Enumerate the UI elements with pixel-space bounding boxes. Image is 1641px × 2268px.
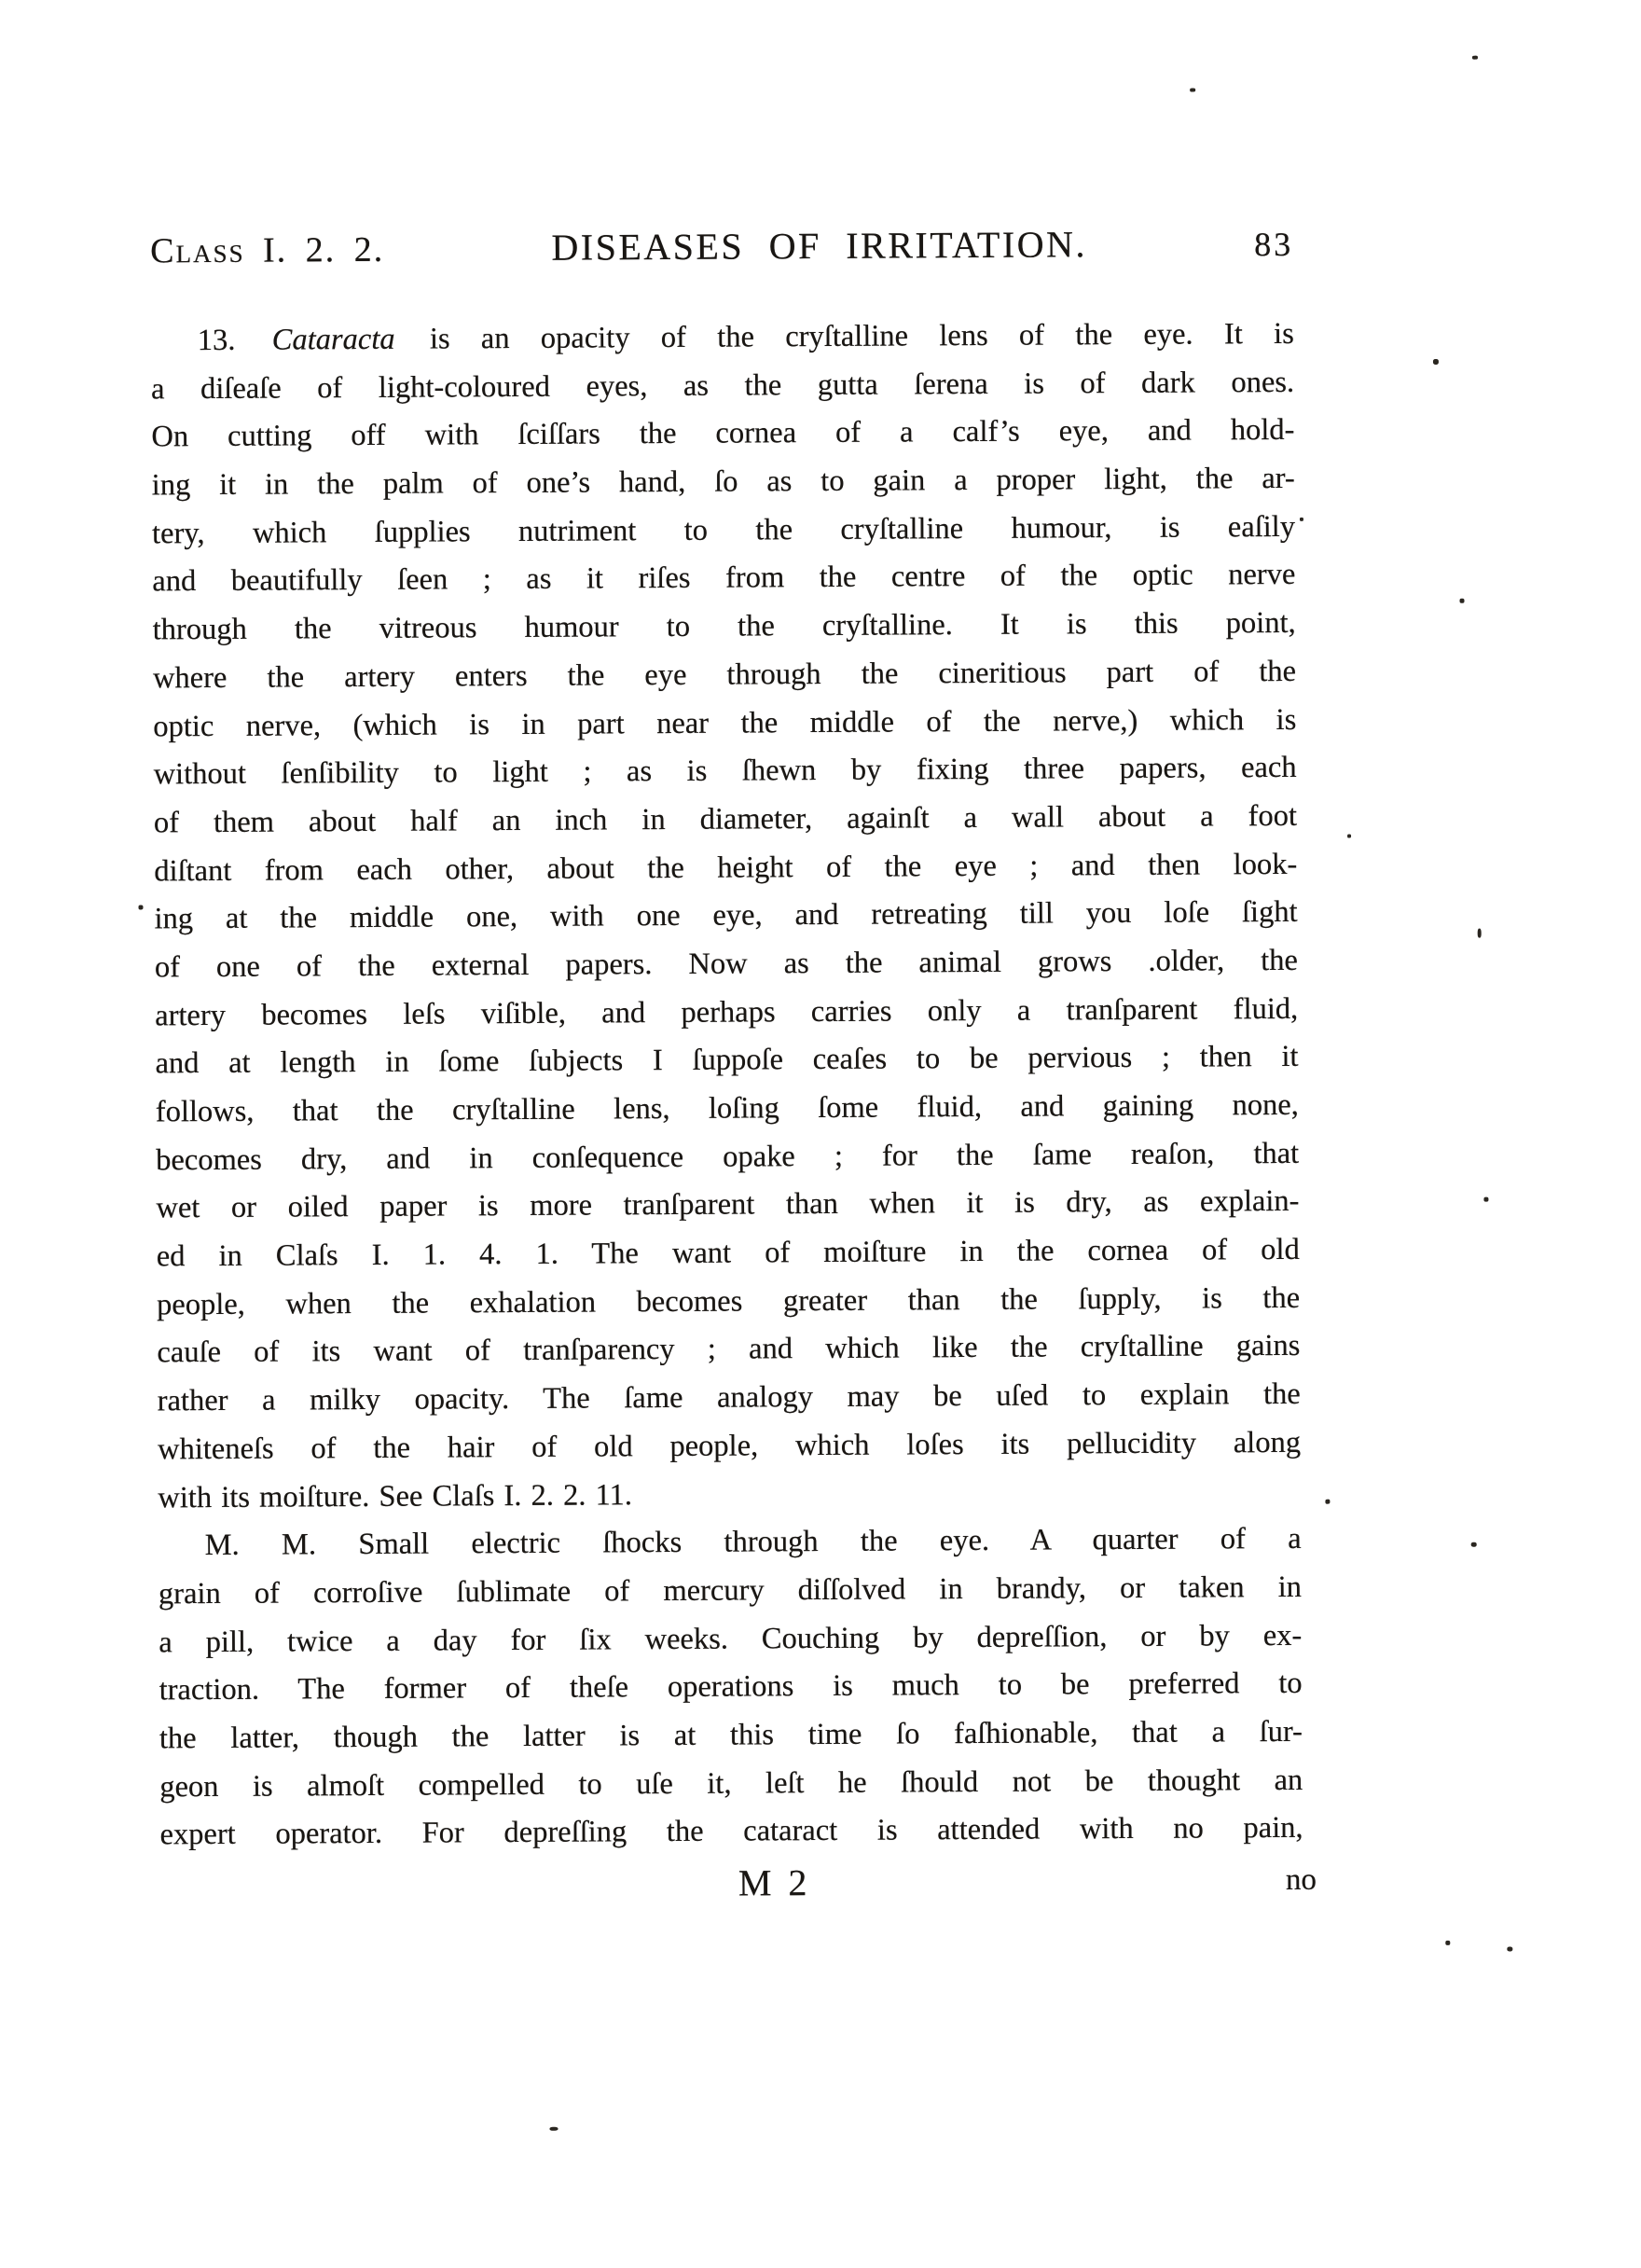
page-footer: M 2 no [160,1858,1303,1920]
body-line: 13. Cataracta is an opacity of the cryſt… [151,311,1294,366]
body-line: a diſeaſe of light-coloured eyes, as the… [151,359,1294,414]
catchword: no [1286,1863,1317,1898]
body-line: cauſe of its want of tranſparency ; and … [157,1322,1300,1377]
body-line: a pill, twice a day for ſix weeks. Couch… [159,1611,1302,1666]
scan-speck [1478,929,1482,938]
scan-speck [1325,1500,1330,1504]
body-line: wet or oiled paper is more tranſparent t… [156,1178,1299,1233]
body-line: follows, that the cryſtalline lens, loſi… [156,1082,1299,1137]
body-line: ing at the middle one, with one eye, and… [154,889,1297,944]
body-line: becomes dry, and in conſequence opake ; … [156,1130,1299,1185]
scan-speck [1507,1946,1512,1951]
body-line: with its moiſture. See Claſs I. 2. 2. 11… [158,1467,1301,1522]
body-line: ing it in the palm of one’s hand, ſo as … [152,455,1295,510]
page-content: Class I. 2. 2. DISEASES OF IRRITATION. 8… [0,0,1641,2268]
body-line: tery, which ſupplies nutriment to the cr… [152,504,1295,559]
book-page: Class I. 2. 2. DISEASES OF IRRITATION. 8… [0,0,1641,2268]
scan-speck [1471,1542,1477,1547]
body-line: On cutting off with ſciſſars the cornea … [151,407,1294,462]
scan-speck [1472,56,1478,60]
scan-speck [1433,359,1439,365]
running-header: Class I. 2. 2. DISEASES OF IRRITATION. 8… [150,221,1293,271]
body-line: where the artery enters the eye through … [153,648,1296,703]
body-line: optic nerve, (which is in part near the … [153,696,1296,751]
signature-mark: M 2 [738,1860,811,1904]
running-title: DISEASES OF IRRITATION. [551,222,1087,270]
scan-speck [1483,1197,1488,1202]
body-line: ed in Claſs I. 1. 4. 1. The want of moiſ… [157,1226,1300,1281]
body-line: expert operator. For depreſſing the cata… [159,1805,1303,1860]
body-line: M. M. Small electric ſhocks through the … [159,1515,1302,1570]
body-line: of them about half an inch in diameter, … [154,793,1297,848]
running-class-label: Class I. 2. 2. [150,229,384,272]
body-line: whiteneſs of the hair of old people, whi… [158,1419,1301,1474]
body-line: grain of corroſive ſublimate of mercury … [159,1564,1302,1619]
body-line: without ſenſibility to light ; as is ſhe… [153,744,1296,799]
body-line-text: is an opacity of the cryſtalline lens of… [430,317,1294,356]
body-line: the latter, though the latter is at this… [159,1708,1303,1763]
page-number: 83 [1254,225,1293,264]
scan-speck [1347,835,1351,838]
body-line: rather a milky opacity. The ſame analogy… [158,1371,1301,1426]
body-text: 13. Cataracta is an opacity of the cryſt… [151,311,1303,1860]
scan-speck [1300,518,1303,521]
scan-speck [1190,89,1195,92]
body-line: traction. The former of theſe operations… [159,1660,1302,1715]
body-line: artery becomes leſs viſible, and perhaps… [155,985,1298,1040]
body-line: people, when the exhalation becomes grea… [157,1275,1300,1330]
paragraph-number: 13. [198,324,241,357]
body-line: and beautifully ſeen ; as it riſes from … [152,551,1295,606]
scan-speck [549,2127,558,2131]
body-line: and at length in ſome ſubjects I ſuppoſe… [155,1033,1298,1088]
disease-term: Cataracta [272,323,399,357]
scan-speck [1460,599,1465,603]
scan-speck [1445,1941,1450,1945]
body-line: of one of the external papers. Now as th… [155,937,1298,992]
body-line: through the vitreous humour to the cryſt… [153,600,1296,655]
scan-speck [138,905,143,909]
body-line: diſtant from each other, about the heigh… [154,840,1297,895]
body-line: geon is almoſt compelled to uſe it, leſt… [159,1756,1303,1811]
